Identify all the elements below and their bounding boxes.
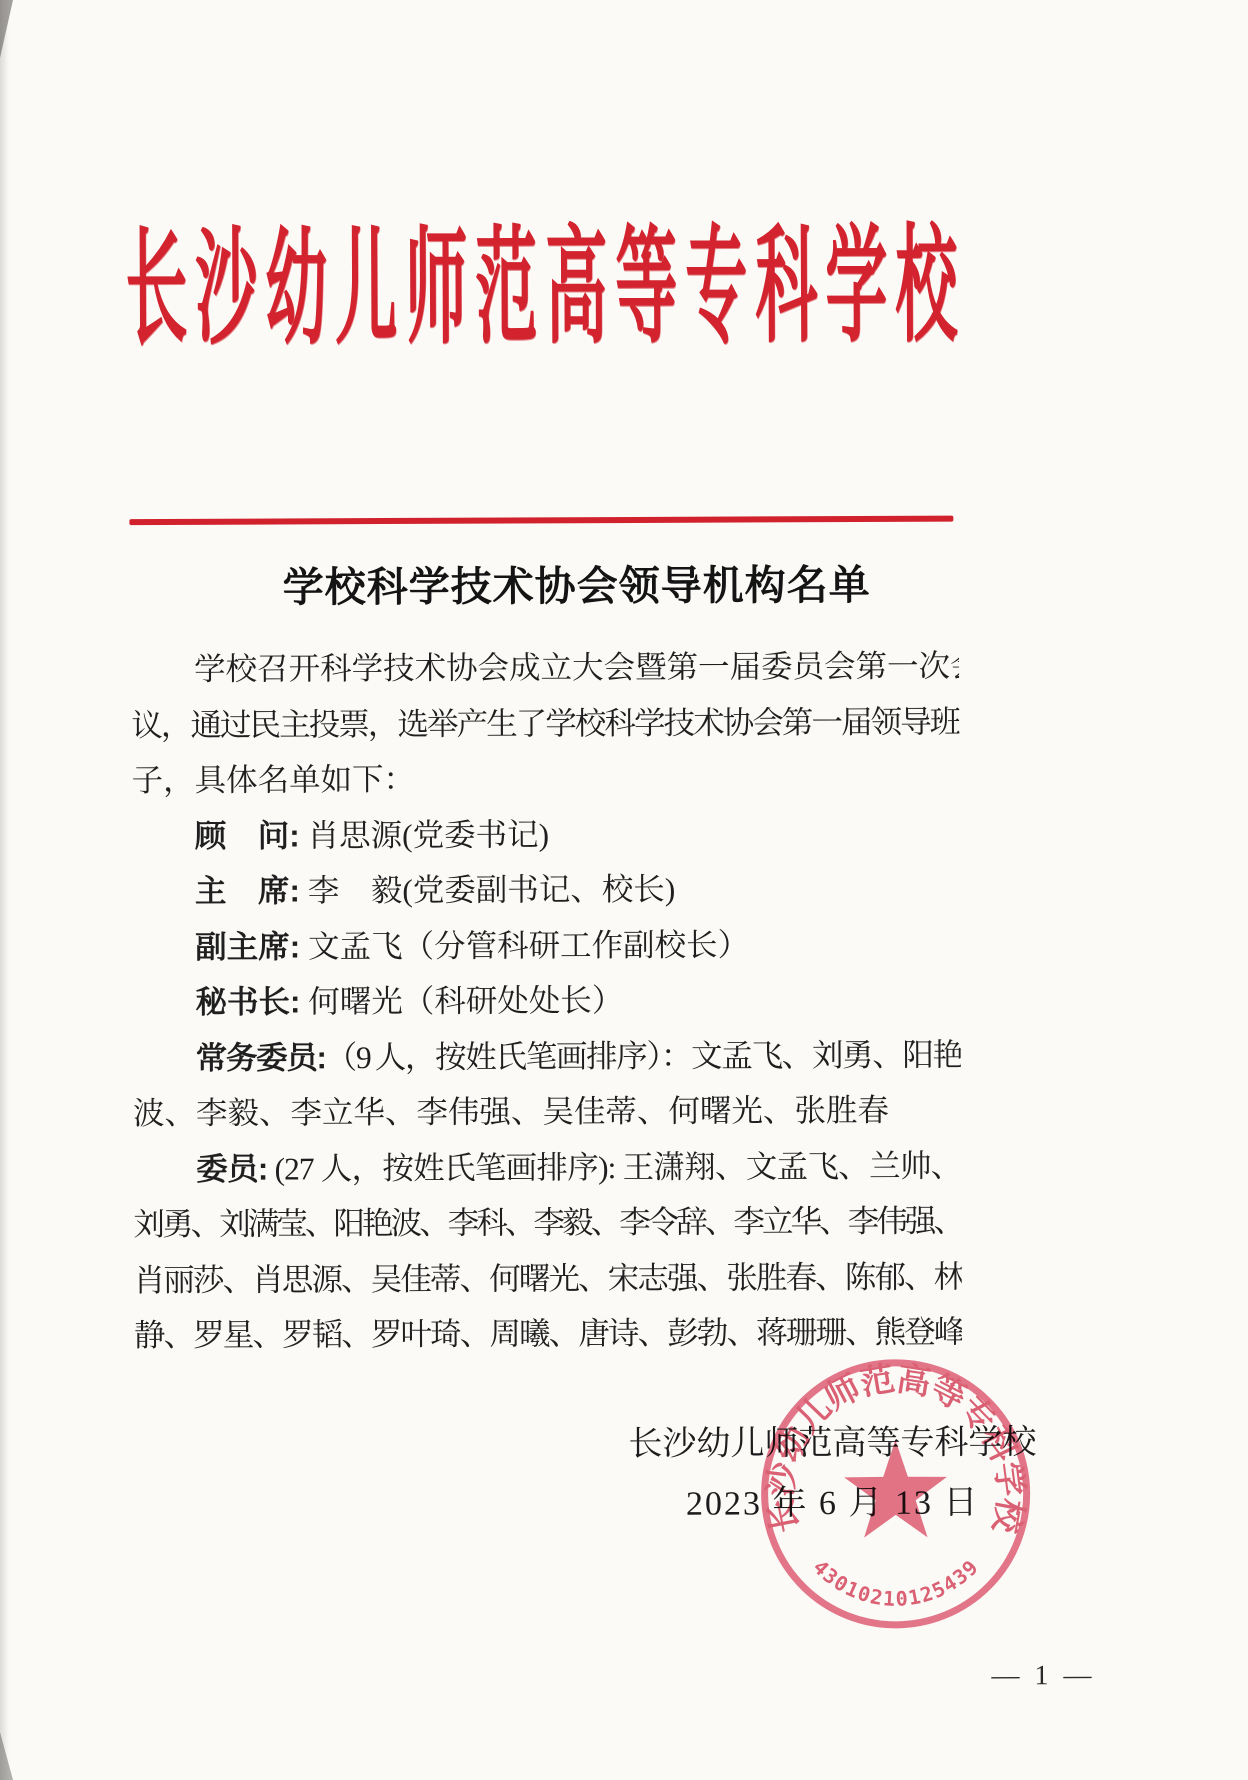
role-label: 主 席:	[195, 872, 300, 908]
official-seal: 长沙幼儿师范高等专科学校 43010210125439	[750, 1348, 1041, 1639]
role-label: 副主席:	[195, 928, 300, 964]
role-label: 秘书长:	[195, 983, 300, 1019]
body-line-secretary: 秘书长: 何曙光（科研处处长）	[132, 972, 960, 1031]
body-line-advisor: 顾 问: 肖思源(党委书记)	[132, 805, 960, 864]
body-line-vice-chairman: 副主席: 文孟飞（分管科研工作副校长）	[132, 916, 960, 975]
red-divider-line	[129, 516, 953, 526]
document-body: 学校召开科学技术协会成立大会暨第一届委员会第一次会 议，通过民主投票，选举产生了…	[131, 639, 962, 1364]
seal-number: 43010210125439	[808, 1554, 984, 1611]
role-label: 顾 问:	[195, 817, 300, 853]
document-content: 长沙幼儿师范高等专科学校 学校科学技术协会领导机构名单 学校召开科学技术协会成立…	[0, 0, 1248, 1780]
body-line-standing-members: 常务委员:（9 人，按姓氏笔画排序）：文孟飞、刘勇、阳艳	[133, 1027, 961, 1086]
document-title: 学校科学技术协会领导机构名单	[162, 558, 992, 614]
body-text: 议，通过民主投票，选举产生了学校科学技术协会第一届领导班	[131, 704, 959, 743]
body-text: 学校召开科学技术协会成立大会暨第一届委员会第一次会	[194, 648, 959, 686]
body-text: （9 人，按姓氏笔画排序）：文孟飞、刘勇、阳艳	[323, 1037, 960, 1075]
scanned-document-page: 长沙幼儿师范高等专科学校 学校科学技术协会领导机构名单 学校召开科学技术协会成立…	[0, 0, 1248, 1780]
body-text: 肖思源(党委书记)	[300, 817, 550, 853]
body-line: 波、李毅、李立华、李伟强、吴佳蒂、何曙光、张胜春	[133, 1083, 961, 1142]
body-text: 肖丽莎、肖思源、吴佳蒂、何曙光、宋志强、张胜春、陈郁、林	[134, 1259, 962, 1298]
body-text: 子，具体名单如下：	[131, 762, 415, 798]
body-line-members: 委员: (27 人，按姓氏笔画排序): 王潇翔、文孟飞、兰帅、	[133, 1138, 961, 1197]
body-text: 文孟飞（分管科研工作副校长）	[300, 927, 749, 964]
page-number: — 1 —	[958, 1660, 1128, 1693]
body-line-chairman: 主 席: 李 毅(党委副书记、校长)	[132, 861, 960, 920]
body-text: 刘勇、刘满莹、阳艳波、李科、李毅、李令辞、李立华、李伟强、	[133, 1204, 961, 1243]
seal-star-icon	[844, 1440, 947, 1538]
body-text: 何曙光（科研处处长）	[300, 983, 623, 1019]
body-line: 刘勇、刘满莹、阳艳波、李科、李毅、李令辞、李立华、李伟强、	[133, 1194, 961, 1253]
body-text: 波、李毅、李立华、李伟强、吴佳蒂、何曙光、张胜春	[133, 1093, 889, 1131]
body-text: 静、罗星、罗韬、罗叶琦、周曦、唐诗、彭勃、蒋珊珊、熊登峰	[134, 1315, 962, 1354]
body-text: 李 毅(党委副书记、校长)	[300, 872, 676, 909]
body-line: 议，通过民主投票，选举产生了学校科学技术协会第一届领导班	[131, 694, 959, 753]
letterhead-title: 长沙幼儿师范高等专科学校	[125, 221, 958, 360]
role-label: 委员:	[196, 1150, 267, 1186]
role-label: 常务委员:	[196, 1039, 324, 1076]
body-line: 子，具体名单如下：	[131, 750, 959, 809]
body-text: (27 人，按姓氏笔画排序): 王潇翔、文孟飞、兰帅、	[267, 1148, 961, 1186]
body-line: 学校召开科学技术协会成立大会暨第一届委员会第一次会	[131, 639, 959, 698]
body-line: 肖丽莎、肖思源、吴佳蒂、何曙光、宋志强、张胜春、陈郁、林	[134, 1249, 962, 1308]
